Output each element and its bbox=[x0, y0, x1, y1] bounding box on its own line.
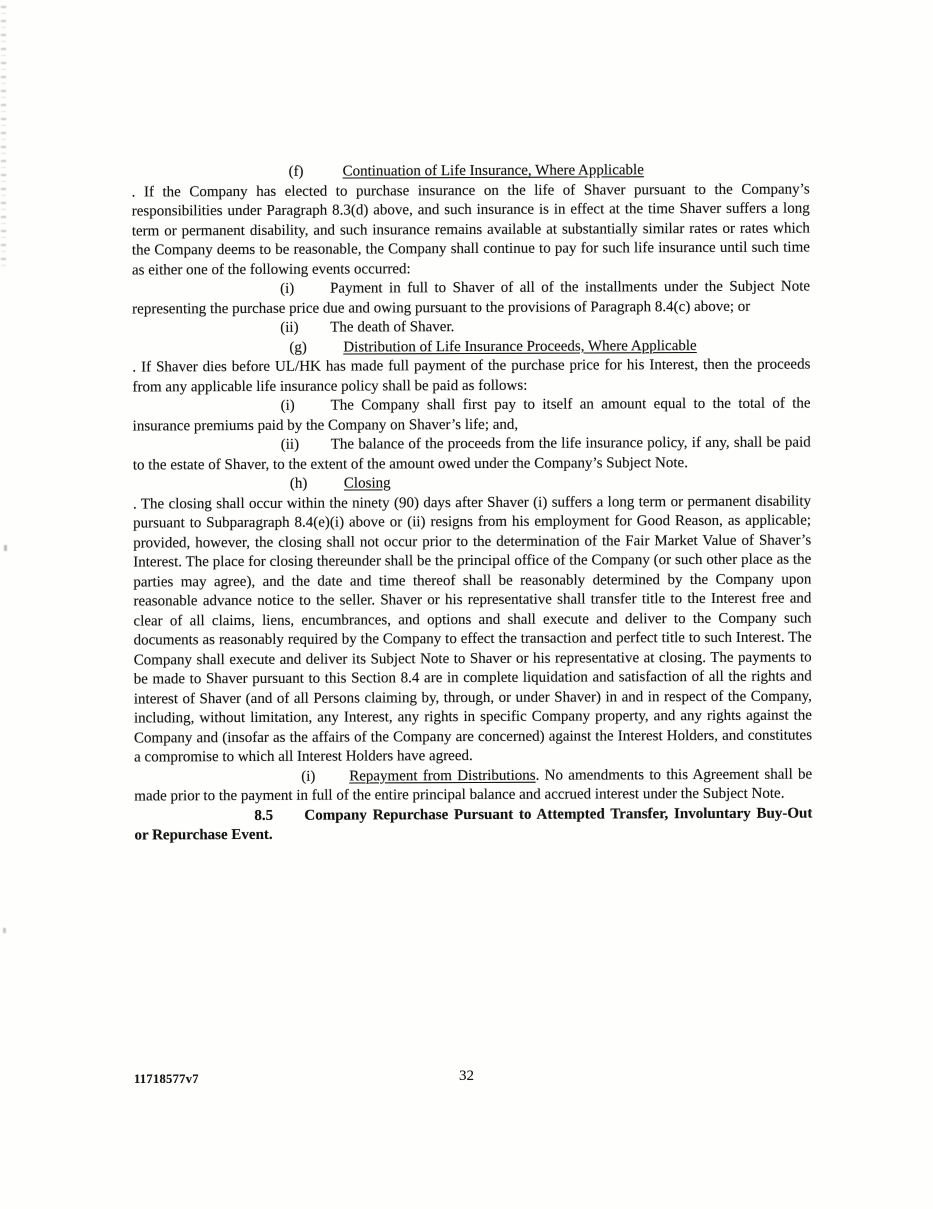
heading-h-label: (h) bbox=[290, 475, 344, 495]
subitem-f-i-label: (i) bbox=[280, 280, 330, 300]
subitem-f-ii-text: The death of Shaver. bbox=[330, 319, 454, 336]
subitem-g-ii-text: The balance of the proceeds from the lif… bbox=[133, 435, 811, 473]
heading-f-label: (f) bbox=[289, 163, 343, 183]
heading-g-label: (g) bbox=[289, 338, 343, 358]
subitem-g-ii: (ii)The balance of the proceeds from the… bbox=[133, 434, 811, 476]
paragraph-f: . If the Company has elected to purchase… bbox=[132, 180, 810, 280]
heading-f-title: Continuation of Life Insurance, Where Ap… bbox=[343, 162, 644, 179]
scan-edge-artifact bbox=[1, 6, 6, 266]
item-repayment-title: Repayment from Distributions bbox=[349, 767, 535, 784]
paragraph-g: . If Shaver dies before UL/HK has made f… bbox=[132, 356, 810, 398]
section-8-5-title: Company Repurchase Pursuant to Attempted… bbox=[134, 805, 812, 843]
heading-h-title: Closing bbox=[344, 475, 391, 491]
paragraph-h: . The closing shall occur within the nin… bbox=[133, 492, 812, 768]
section-8-5-heading: 8.5Company Repurchase Pursuant to Attemp… bbox=[134, 804, 812, 846]
scan-speck bbox=[3, 928, 6, 933]
item-repayment: (i)Repayment from Distributions. No amen… bbox=[134, 765, 812, 807]
scanned-document-page: (f)Continuation of Life Insurance, Where… bbox=[0, 0, 933, 1209]
heading-g-title: Distribution of Life Insurance Proceeds,… bbox=[343, 338, 696, 356]
subitem-f-i: (i)Payment in full to Shaver of all of t… bbox=[132, 278, 810, 320]
footer-page-number: 32 bbox=[0, 1068, 933, 1085]
scan-speck bbox=[4, 545, 7, 551]
subitem-g-i-label: (i) bbox=[281, 397, 331, 417]
subitem-g-i: (i)The Company shall first pay to itself… bbox=[133, 395, 811, 437]
subitem-f-i-text: Payment in full to Shaver of all of the … bbox=[132, 279, 810, 317]
subitem-g-ii-label: (ii) bbox=[281, 436, 331, 456]
item-repayment-label: (i) bbox=[301, 767, 349, 787]
subitem-f-ii-label: (ii) bbox=[280, 319, 330, 339]
document-content: (f)Continuation of Life Insurance, Where… bbox=[132, 161, 813, 846]
section-8-5-number: 8.5 bbox=[254, 806, 304, 826]
subitem-g-i-text: The Company shall first pay to itself an… bbox=[133, 396, 811, 434]
